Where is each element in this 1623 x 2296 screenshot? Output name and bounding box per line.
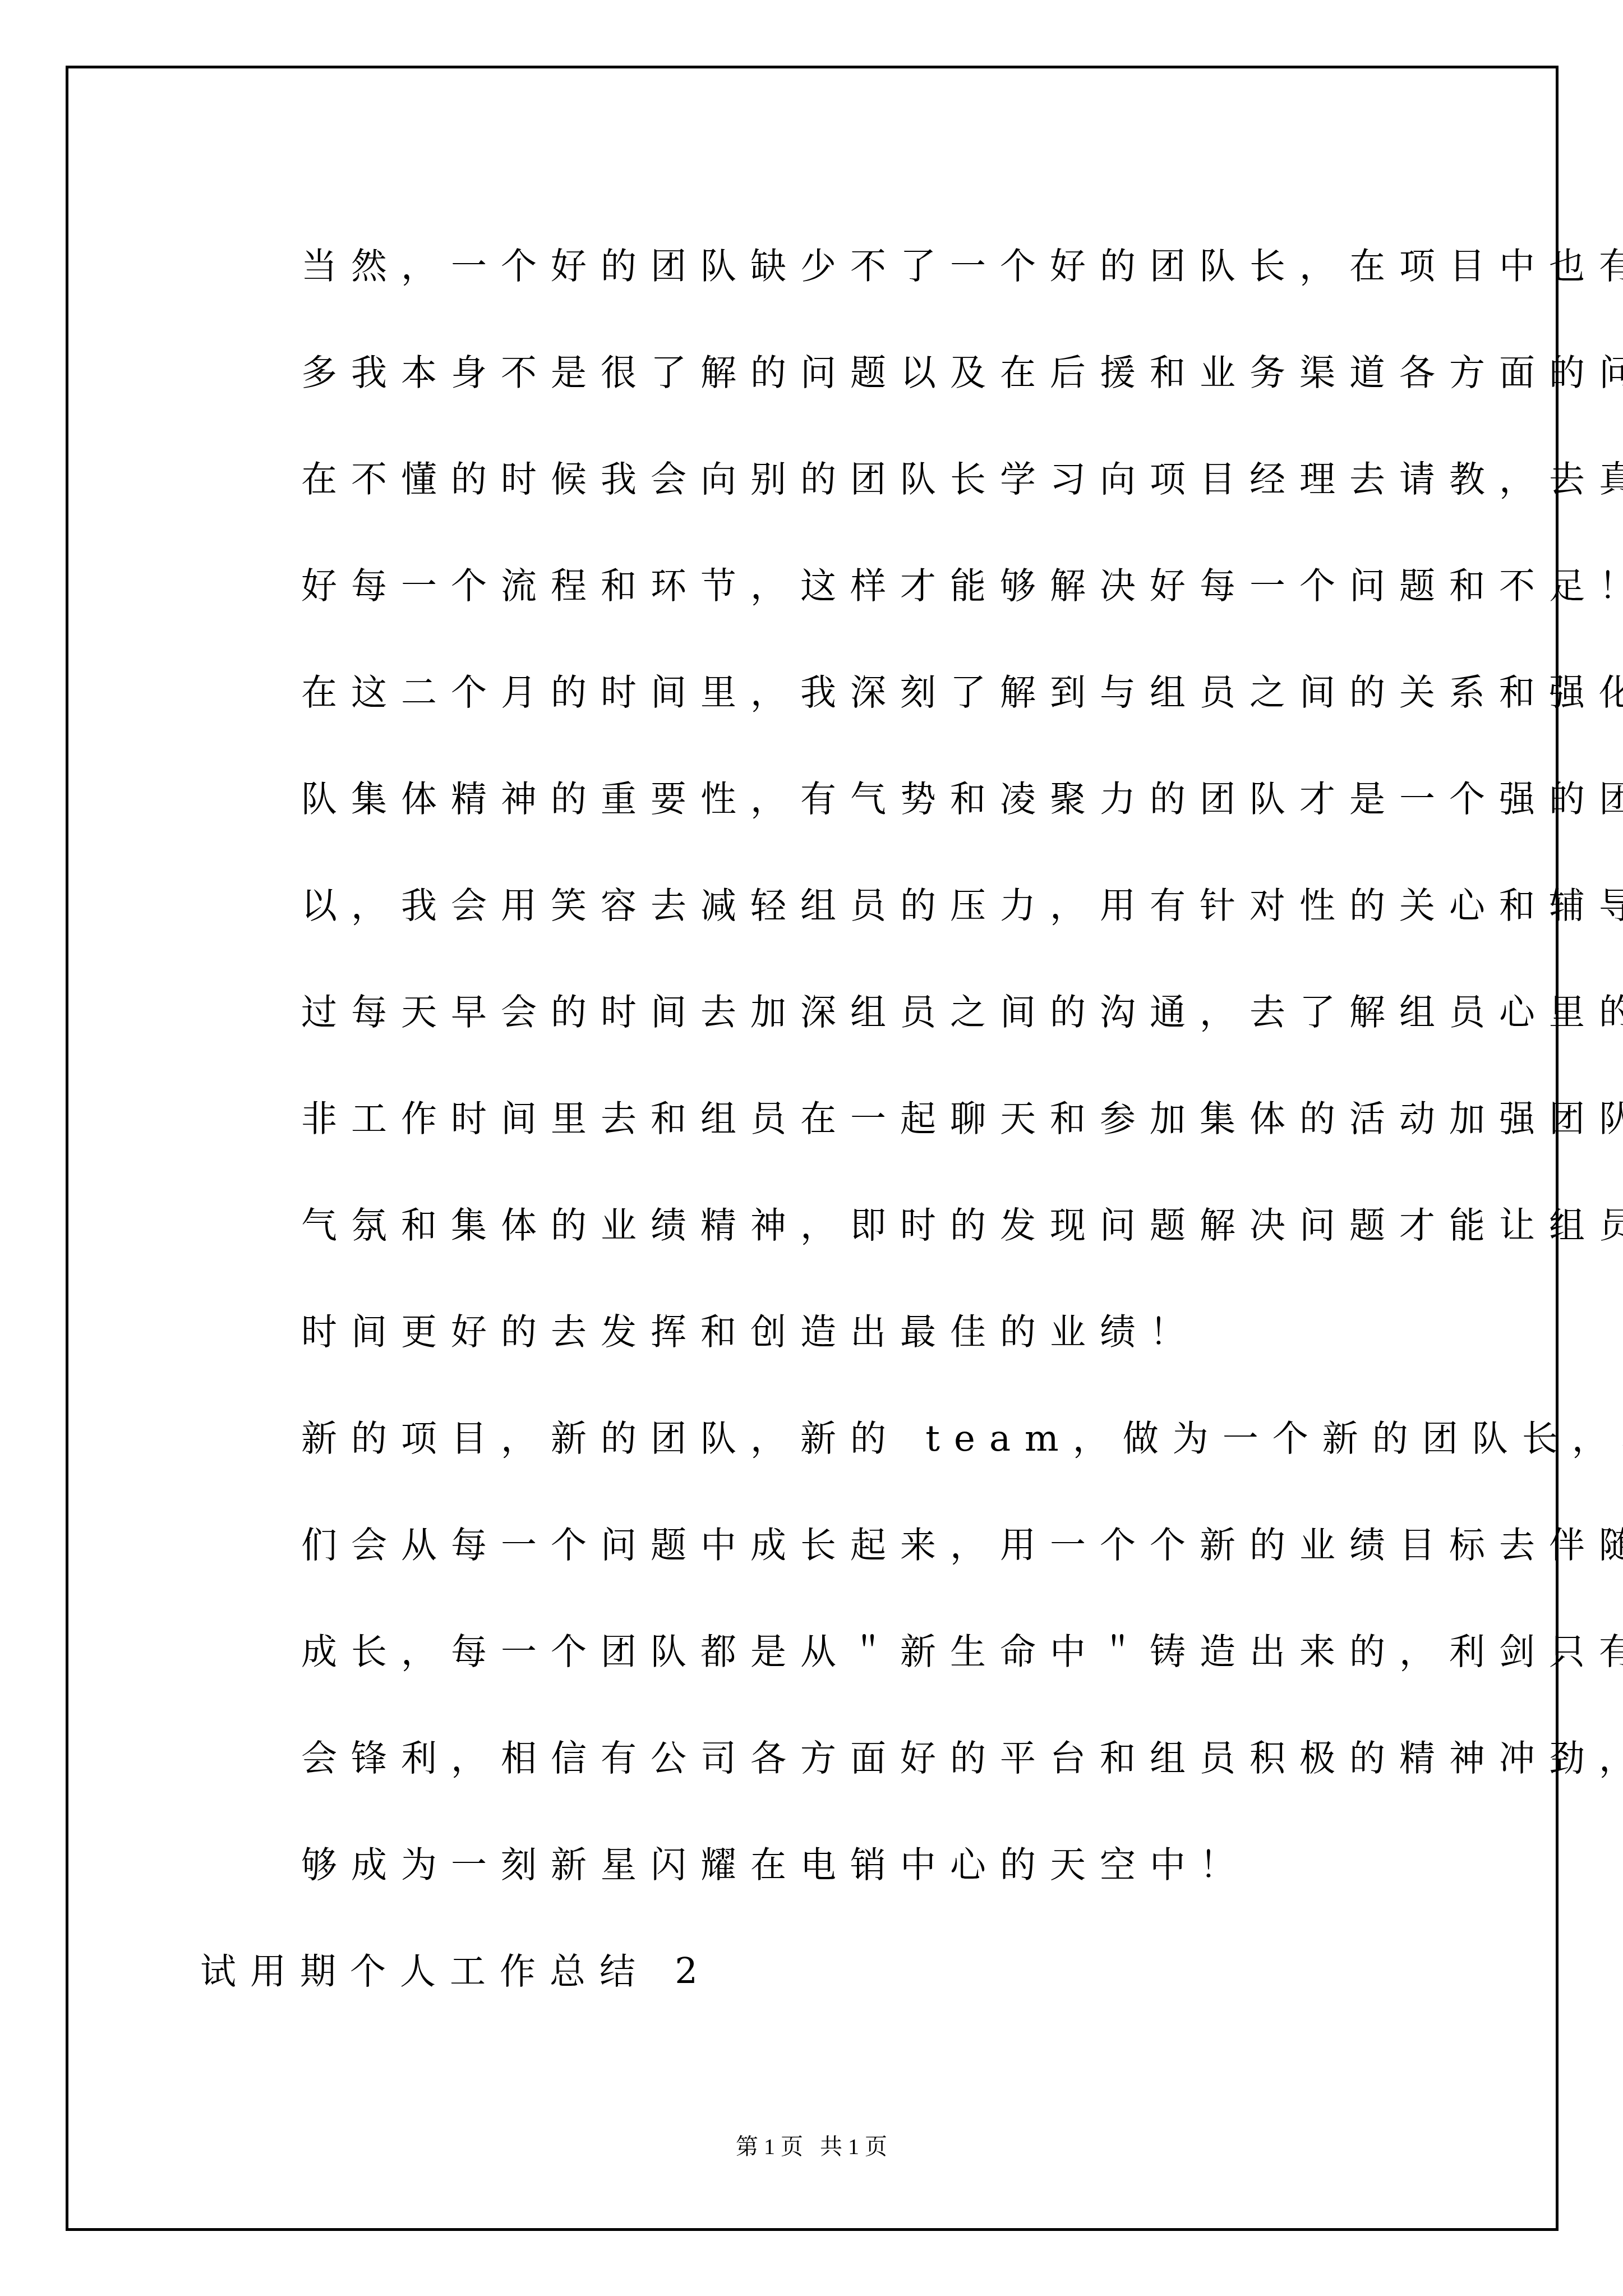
- text-line: 新的项目，新的团队，新的 team，做为一个新的团队长，相信我: [200, 1386, 1456, 1492]
- text-line: 成长，每一个团队都是从＂新生命中＂铸造出来的，利剑只有磨练才: [200, 1599, 1456, 1705]
- text-line: 们会从每一个问题中成长起来，用一个个新的业绩目标去伴随团队的: [200, 1492, 1456, 1599]
- section-heading: 试用期个人工作总结 2: [200, 1918, 1456, 2025]
- text-line: 多我本身不是很了解的问题以及在后援和业务渠道各方面的问题处理，: [200, 320, 1456, 426]
- page-footer: 第 1 页 共 1 页: [0, 2129, 1623, 2161]
- text-line: 好每一个流程和环节，这样才能够解决好每一个问题和不足！: [200, 533, 1456, 639]
- paragraph-two-months: 在这二个月的时间里，我深刻了解到与组员之间的关系和强化团 队集体精神的重要性，有…: [200, 639, 1456, 1386]
- text-line: 在不懂的时候我会向别的团队长学习向项目经理去请教，去真正掌握: [200, 426, 1456, 533]
- text-line: 非工作时间里去和组员在一起聊天和参加集体的活动加强团队内部的: [200, 1066, 1456, 1172]
- paragraph-new-team: 新的项目，新的团队，新的 team，做为一个新的团队长，相信我 们会从每一个问题…: [200, 1386, 1456, 1918]
- text-line: 会锋利，相信有公司各方面好的平台和组员积极的精神冲劲，一定能: [200, 1705, 1456, 1812]
- text-line: 时间更好的去发挥和创造出最佳的业绩！: [200, 1279, 1456, 1386]
- page-total: 共 1 页: [820, 2134, 887, 2159]
- text-line: 够成为一刻新星闪耀在电销中心的天空中！: [200, 1812, 1456, 1918]
- text-line: 在这二个月的时间里，我深刻了解到与组员之间的关系和强化团: [200, 639, 1456, 746]
- text-line: 过每天早会的时间去加深组员之间的沟通，去了解组员心里的想法，: [200, 959, 1456, 1066]
- page-number: 第 1 页: [736, 2134, 803, 2159]
- text-line: 当然，一个好的团队缺少不了一个好的团队长，在项目中也有很: [200, 213, 1456, 320]
- text-line: 气氛和集体的业绩精神，即时的发现问题解决问题才能让组员在工作: [200, 1172, 1456, 1279]
- document-body: 当然，一个好的团队缺少不了一个好的团队长，在项目中也有很 多我本身不是很了解的问…: [200, 213, 1456, 2025]
- paragraph-team-leader: 当然，一个好的团队缺少不了一个好的团队长，在项目中也有很 多我本身不是很了解的问…: [200, 213, 1456, 639]
- text-line: 队集体精神的重要性，有气势和凌聚力的团队才是一个强的团队，所: [200, 746, 1456, 853]
- text-line: 以，我会用笑容去减轻组员的压力，用有针对性的关心和辅导以及通: [200, 853, 1456, 959]
